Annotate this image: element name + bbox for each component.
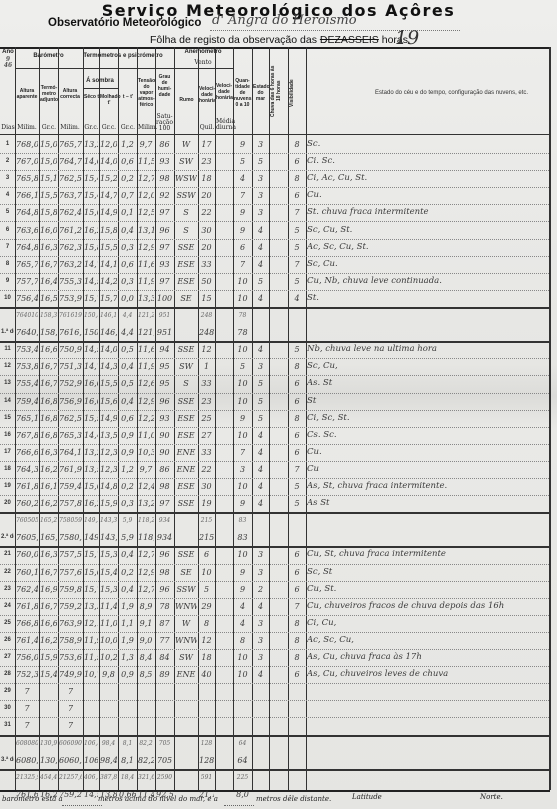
cell-neb: 4 — [234, 598, 251, 615]
cell-vel: 215 — [199, 512, 214, 529]
cell-ceu: Cu. — [307, 444, 547, 461]
cell-tens: 118,2 — [138, 529, 154, 546]
cell-med — [216, 410, 232, 427]
cell-molh: 146,1 — [100, 307, 117, 324]
cell-alt-ap: 7 — [16, 700, 38, 717]
cell-alt-ap: 7605,05 — [16, 529, 38, 546]
cell-molh: 143,3 — [100, 529, 117, 546]
cell-chuva — [270, 153, 287, 170]
cell-hum: 934 — [156, 529, 173, 546]
cell-mar: 2 — [253, 581, 268, 598]
cell-alt-ap: 762,40 — [16, 581, 38, 598]
cell-seco: 14,4 — [84, 427, 98, 444]
cell-vis: 6 — [289, 444, 305, 461]
cell-dif: 0,4 — [119, 393, 136, 410]
cell-rumo: ESE — [175, 256, 197, 273]
cell-med — [216, 427, 232, 444]
cell-molh: 15,5 — [100, 375, 117, 392]
cell-chuva — [270, 393, 287, 410]
cell-alt-ap: 759,40 — [16, 393, 38, 410]
cell-chuva — [270, 187, 287, 204]
cell-neb: 83 — [234, 529, 251, 546]
cell-dif: 0,4 — [119, 581, 136, 598]
cell-neb: 10 — [234, 290, 251, 307]
cell-term: 16,2 — [40, 632, 57, 649]
cell-seco: 16,2 — [84, 495, 98, 512]
year-label: Ano — [1, 49, 15, 55]
cell-day: 12 — [1, 358, 14, 375]
cell-tens: 13,2 — [138, 495, 154, 512]
cell-vel — [199, 683, 214, 700]
cell-alt-ap: 761,80 — [16, 598, 38, 615]
cell-term: 16,2 — [40, 461, 57, 478]
cell-med — [216, 461, 232, 478]
footer-above-sea-text: metros acima do nivel do mar, e a — [98, 795, 218, 803]
cell-dif — [119, 717, 136, 734]
cell-vel: 591 — [199, 769, 214, 786]
cell-alt-ap: 761,40 — [16, 632, 38, 649]
cell-dif: 1,1 — [119, 615, 136, 632]
cell-vel: 12 — [199, 632, 214, 649]
cell-ceu: Cu. — [307, 187, 547, 204]
cell-dif: 5,9 — [119, 512, 136, 529]
wind-direction-header: Rumo — [175, 97, 198, 103]
cell-alt-cor: 7 — [59, 700, 82, 717]
cell-dif: 0,0 — [119, 290, 136, 307]
decade-sum-row: 1.ª década7640,10158,37616,19150,5146,14… — [0, 324, 557, 341]
cell-seco — [84, 700, 98, 717]
cell-chuva — [270, 546, 287, 563]
cell-ceu: As, Cu, chuva fraca às 17h — [307, 649, 547, 666]
cell-molh: 14,9 — [100, 204, 117, 221]
cell-ceu: As, St, chuva fraca intermitente. — [307, 478, 547, 495]
cell-alt-cor: 757,62 — [59, 564, 82, 581]
cell-day: 2.ª década — [1, 529, 14, 546]
cell-alt-cor: 758059 — [59, 512, 82, 529]
cell-neb: 83 — [234, 512, 251, 529]
cell-seco: 406,2 — [84, 769, 98, 786]
cell-day: 19 — [1, 478, 14, 495]
cell-vis: 4 — [289, 290, 305, 307]
cell-vel: 215 — [199, 529, 214, 546]
cell-alt-ap: 766,85 — [16, 615, 38, 632]
wet-bulb-header: Molhado t' — [100, 94, 118, 106]
table-row: 11753,4516,6750,9914,514,00,511,694SSE12… — [0, 341, 557, 358]
barometer-header: Barómetro — [15, 53, 82, 59]
cell-ceu: As St — [307, 495, 547, 512]
cell-seco: 15,0 — [84, 204, 98, 221]
cell-alt-cor: 763,20 — [59, 256, 82, 273]
cell-seco: 15,7 — [84, 581, 98, 598]
cell-hum: 95 — [156, 358, 173, 375]
cell-chuva — [270, 615, 287, 632]
cell-day: 25 — [1, 615, 14, 632]
cell-alt-cor: 762,58 — [59, 410, 82, 427]
cell-vel: 17 — [199, 136, 214, 153]
cell-chuva — [270, 478, 287, 495]
cell-term: 15,8 — [40, 204, 57, 221]
sky-state-header: Estado do céu e do tempo, configuração d… — [375, 90, 528, 96]
cell-neb: 78 — [234, 324, 251, 341]
unit-millimetres: Milim. — [59, 124, 81, 131]
cell-alt-ap: 6080,80 — [16, 752, 38, 769]
cell-dif: 0,9 — [119, 444, 136, 461]
cell-term: 16,2 — [40, 495, 57, 512]
cell-mar — [253, 683, 268, 700]
cell-tens: 12,7 — [138, 170, 154, 187]
cell-vis: 7 — [289, 461, 305, 478]
cell-alt-cor: 606090 — [59, 735, 82, 752]
cell-alt-ap: 755,40 — [16, 375, 38, 392]
cell-tens: 13,1 — [138, 222, 154, 239]
cell-term — [40, 700, 57, 717]
cell-alt-ap: 756,40 — [16, 290, 38, 307]
cell-day: 3.ª década — [1, 752, 14, 769]
cell-molh: 15,2 — [100, 170, 117, 187]
cell-seco: 15,4 — [84, 170, 98, 187]
cell-alt-ap: 760,10 — [16, 564, 38, 581]
cell-molh: 98,4 — [100, 735, 117, 752]
cell-vel: 30 — [199, 222, 214, 239]
cell-vis — [289, 683, 305, 700]
cell-rumo: S — [175, 204, 197, 221]
cell-vel: 40 — [199, 666, 214, 683]
cell-hum: 98 — [156, 478, 173, 495]
cell-day: 8 — [1, 256, 14, 273]
cell-day: 26 — [1, 632, 14, 649]
cell-alt-cor: 759,83 — [59, 581, 82, 598]
cell-term: 15,1 — [40, 170, 57, 187]
cell-tens: 11,9 — [138, 358, 154, 375]
cell-vis: 5 — [289, 495, 305, 512]
cell-term: 16,6 — [40, 615, 57, 632]
cell-rumo: SSE — [175, 239, 197, 256]
cell-hum: 97 — [156, 495, 173, 512]
cell-term: 16,7 — [40, 564, 57, 581]
cell-seco: 14,6 — [84, 153, 98, 170]
cell-hum: 84 — [156, 649, 173, 666]
cell-rumo: WNW — [175, 598, 197, 615]
table-row: 28752,3015,4749,9710,79,80,98,589ENE4010… — [0, 666, 557, 683]
cell-med — [216, 375, 232, 392]
cell-vel: 8 — [199, 615, 214, 632]
cell-neb: 64 — [234, 752, 251, 769]
cell-alt-ap: 757,75 — [16, 273, 38, 290]
table-row: 13755,4016,7752,9316,015,50,512,695S3310… — [0, 375, 557, 392]
cell-vel: 29 — [199, 598, 214, 615]
cell-seco: 14,7 — [84, 256, 98, 273]
cell-tens: 11,9 — [138, 273, 154, 290]
cell-alt-cor: 761619 — [59, 307, 82, 324]
cell-alt-cor: 761,23 — [59, 222, 82, 239]
cell-ceu: Sc, Cu, — [307, 358, 547, 375]
cell-vel: 18 — [199, 170, 214, 187]
difference-header: t − t' — [119, 94, 137, 100]
cell-day: 18 — [1, 461, 14, 478]
cell-tens: 12,5 — [138, 204, 154, 221]
cell-med — [216, 700, 232, 717]
cell-mar: 3 — [253, 358, 268, 375]
cell-med — [216, 632, 232, 649]
cell-molh: 12,0 — [100, 136, 117, 153]
cell-vel: 15 — [199, 290, 214, 307]
cell-dif: 0,3 — [119, 273, 136, 290]
cell-term: 16,7 — [40, 375, 57, 392]
cell-day: 4 — [1, 187, 14, 204]
table-row: 9757,7516,4755,3014,514,20,311,997ESE501… — [0, 273, 557, 290]
cell-neb: 10 — [234, 273, 251, 290]
table-row: 17766,6016,3764,1413,212,30,910,390ENE33… — [0, 444, 557, 461]
cell-molh: 12,3 — [100, 444, 117, 461]
cell-chuva — [270, 444, 287, 461]
cell-molh: 15,7 — [100, 290, 117, 307]
cell-alt-cor: 21257,68 — [59, 769, 82, 786]
cell-alt-ap: 7640,10 — [16, 324, 38, 341]
table-row: 21760,0016,3757,5815,715,30,412,796SSE61… — [0, 546, 557, 563]
cell-mar: 4 — [253, 427, 268, 444]
cell-neb: 3 — [234, 461, 251, 478]
cell-neb: 6 — [234, 239, 251, 256]
cell-neb: 9 — [234, 581, 251, 598]
cell-chuva — [270, 461, 287, 478]
cell-molh: 15,6 — [100, 393, 117, 410]
cell-hum: 90 — [156, 427, 173, 444]
cell-ceu: Sc, St — [307, 564, 547, 581]
cell-med — [216, 495, 232, 512]
cell-mar: 3 — [253, 546, 268, 563]
cell-rumo: ESE — [175, 410, 197, 427]
cell-neb: 7 — [234, 187, 251, 204]
attached-thermometer-header: Termó-metro adjunto — [40, 85, 58, 103]
cell-chuva — [270, 683, 287, 700]
cell-neb: 10 — [234, 393, 251, 410]
cell-rumo: SSE — [175, 393, 197, 410]
cell-ceu: Cs. Sc. — [307, 427, 547, 444]
cell-day: 2 — [1, 153, 14, 170]
rainfall-header: Chuva das 6 horas às 18 horas — [270, 62, 282, 120]
cell-med — [216, 717, 232, 734]
cell-seco: 106,5 — [84, 752, 98, 769]
cell-seco: 12,1 — [84, 615, 98, 632]
cell-rumo: WSW — [175, 170, 197, 187]
cell-chuva — [270, 222, 287, 239]
cell-dif: 0,7 — [119, 187, 136, 204]
cell-seco: 14,5 — [84, 273, 98, 290]
decade-sum-row: 3.ª década6080,80130,96060,90106,598,48,… — [0, 752, 557, 769]
cell-mar: 4 — [253, 222, 268, 239]
cell-alt-ap: 753,45 — [16, 341, 38, 358]
cell-day: 15 — [1, 410, 14, 427]
cell-neb: 4 — [234, 170, 251, 187]
cell-vel: 128 — [199, 735, 214, 752]
cell-neb: 10 — [234, 546, 251, 563]
cell-tens: 13,3 — [138, 290, 154, 307]
cell-rumo: ESE — [175, 273, 197, 290]
cell-term: 158,3 — [40, 324, 57, 341]
cell-mar: 4 — [253, 239, 268, 256]
unit-degrees: Gr.c. — [84, 124, 99, 131]
cell-tens: 12,2 — [138, 410, 154, 427]
cell-med — [216, 649, 232, 666]
cell-tens: 8,5 — [138, 666, 154, 683]
cell-molh: 14,0 — [100, 341, 117, 358]
table-row: 16767,8516,8765,3214,413,50,911,090ESE27… — [0, 427, 557, 444]
cell-seco: 13,2 — [84, 444, 98, 461]
cell-mar: 5 — [253, 393, 268, 410]
cell-rumo — [175, 700, 197, 717]
humidity-header: Grau de humi-dade — [156, 74, 173, 98]
cell-hum: 100 — [156, 290, 173, 307]
cell-alt-ap: 608080 — [16, 735, 38, 752]
cell-neb: 10 — [234, 478, 251, 495]
cell-alt-cor: 7616,19 — [59, 324, 82, 341]
cell-vel: 50 — [199, 273, 214, 290]
cell-vis: 6 — [289, 546, 305, 563]
table-row: 5764,8015,8762,4115,014,90,112,597S22937… — [0, 204, 557, 221]
unit-millimetres: Milim. — [138, 124, 155, 131]
cell-neb: 8 — [234, 632, 251, 649]
cell-dif: 1,9 — [119, 598, 136, 615]
cell-mar: 5 — [253, 410, 268, 427]
table-row: 19761,8516,1759,4615,014,80,212,498ESE30… — [0, 478, 557, 495]
cell-alt-cor: 763,96 — [59, 615, 82, 632]
cell-molh: 14,1 — [100, 256, 117, 273]
cell-hum: 96 — [156, 546, 173, 563]
total-sum-row: 21325,95454,421257,68406,2387,818,4321,6… — [0, 769, 557, 786]
cell-term: 16,8 — [40, 393, 57, 410]
cell-molh: 387,8 — [100, 769, 117, 786]
cell-ceu: St. chuva fraca intermitente — [307, 204, 547, 221]
dry-bulb-header: Sêco t — [84, 94, 99, 100]
cell-alt-ap: 7 — [16, 717, 38, 734]
cell-alt-cor: 762,41 — [59, 204, 82, 221]
cell-molh: 15,8 — [100, 222, 117, 239]
unit-millimetres: Milim. — [16, 124, 38, 131]
cell-med — [216, 187, 232, 204]
cell-term: 16,5 — [40, 290, 57, 307]
cell-term: 165,2 — [40, 529, 57, 546]
cell-vis: 5 — [289, 478, 305, 495]
cell-molh: 10,0 — [100, 632, 117, 649]
cell-vis: 8 — [289, 358, 305, 375]
cell-term: 16,7 — [40, 598, 57, 615]
cell-chuva — [270, 239, 287, 256]
cell-rumo: ESE — [175, 478, 197, 495]
cell-alt-ap: 765,10 — [16, 410, 38, 427]
cell-neb: 9 — [234, 136, 251, 153]
wind-speed-header: Veloci-dade horária — [199, 86, 215, 104]
apparent-height-header: Altura aparente — [16, 88, 38, 100]
cell-mar: 3 — [253, 204, 268, 221]
cell-alt-cor: 764,14 — [59, 444, 82, 461]
cell-alt-cor: 765,32 — [59, 427, 82, 444]
cell-chuva — [270, 256, 287, 273]
cell-tens: 12,6 — [138, 375, 154, 392]
cell-tens — [138, 683, 154, 700]
cell-alt-ap: 753,80 — [16, 358, 38, 375]
cell-hum: 2590 — [156, 769, 173, 786]
decade-check-row: 608080130,9606090106,598,48,182,27051286… — [0, 735, 557, 752]
table-row: 3077 — [0, 700, 557, 717]
cell-vel: 20 — [199, 187, 214, 204]
cell-hum: 92 — [156, 187, 173, 204]
cell-vel: 10 — [199, 564, 214, 581]
cell-day: 9 — [1, 273, 14, 290]
cell-mar: 5 — [253, 273, 268, 290]
table-row: 2977 — [0, 683, 557, 700]
cell-dif: 8,1 — [119, 752, 136, 769]
cell-ceu: Cu — [307, 461, 547, 478]
cell-vel: 20 — [199, 239, 214, 256]
cell-mar: 3 — [253, 170, 268, 187]
cell-term: 15,4 — [40, 666, 57, 683]
cell-mar: 4 — [253, 598, 268, 615]
cell-alt-cor: 763,73 — [59, 187, 82, 204]
cell-molh: 98,4 — [100, 752, 117, 769]
cell-mar: 4 — [253, 290, 268, 307]
cell-neb — [234, 700, 251, 717]
cell-rumo: S — [175, 222, 197, 239]
cell-seco: 16,2 — [84, 222, 98, 239]
table-row: 12753,8016,7751,3314,714,30,411,995SW153… — [0, 358, 557, 375]
cell-vel: 23 — [199, 153, 214, 170]
cell-vel: 128 — [199, 752, 214, 769]
cell-day: 6 — [1, 222, 14, 239]
cell-tens: 12,7 — [138, 581, 154, 598]
cell-tens: 9,7 — [138, 461, 154, 478]
days-label: Dias — [1, 124, 15, 131]
cell-molh: 146,1 — [100, 324, 117, 341]
cell-ceu: Ac, Sc, Cu, — [307, 632, 547, 649]
cell-vis: 6 — [289, 187, 305, 204]
cell-mar: 3 — [253, 632, 268, 649]
cell-tens: 12,0 — [138, 187, 154, 204]
cell-day: 7 — [1, 239, 14, 256]
cell-neb: 64 — [234, 735, 251, 752]
cell-alt-ap: 760,00 — [16, 546, 38, 563]
cell-chuva — [270, 204, 287, 221]
cell-tens: 321,6 — [138, 769, 154, 786]
cell-hum: 86 — [156, 461, 173, 478]
cell-alt-cor: 758,98 — [59, 632, 82, 649]
cell-alt-cor: 750,99 — [59, 341, 82, 358]
cell-term: 454,4 — [40, 769, 57, 786]
footer-distance-text: metros dêle distante. — [256, 795, 331, 803]
cell-med — [216, 615, 232, 632]
cell-hum — [156, 717, 173, 734]
cell-term: 16,3 — [40, 546, 57, 563]
cell-ceu: Ci, Ac, Cu, St. — [307, 170, 547, 187]
cell-seco: 15,4 — [84, 187, 98, 204]
cell-vis: 6 — [289, 375, 305, 392]
table-row: 23762,4016,9759,8315,715,30,412,796SSW59… — [0, 581, 557, 598]
cell-hum: 89 — [156, 666, 173, 683]
cell-molh — [100, 683, 117, 700]
cell-neb: 10 — [234, 375, 251, 392]
cell-vis: 5 — [289, 273, 305, 290]
cell-vis: 8 — [289, 170, 305, 187]
cell-rumo: SE — [175, 290, 197, 307]
cell-term: 158,3 — [40, 307, 57, 324]
cell-ceu — [307, 683, 547, 700]
table-row: 10756,4016,5753,9515,715,70,013,3100SE15… — [0, 290, 557, 307]
cell-chuva — [270, 427, 287, 444]
cell-chuva — [270, 700, 287, 717]
cell-molh: 14,3 — [100, 358, 117, 375]
cell-neb: 9 — [234, 564, 251, 581]
cell-day: 22 — [1, 564, 14, 581]
cell-alt-cor: 757,83 — [59, 495, 82, 512]
